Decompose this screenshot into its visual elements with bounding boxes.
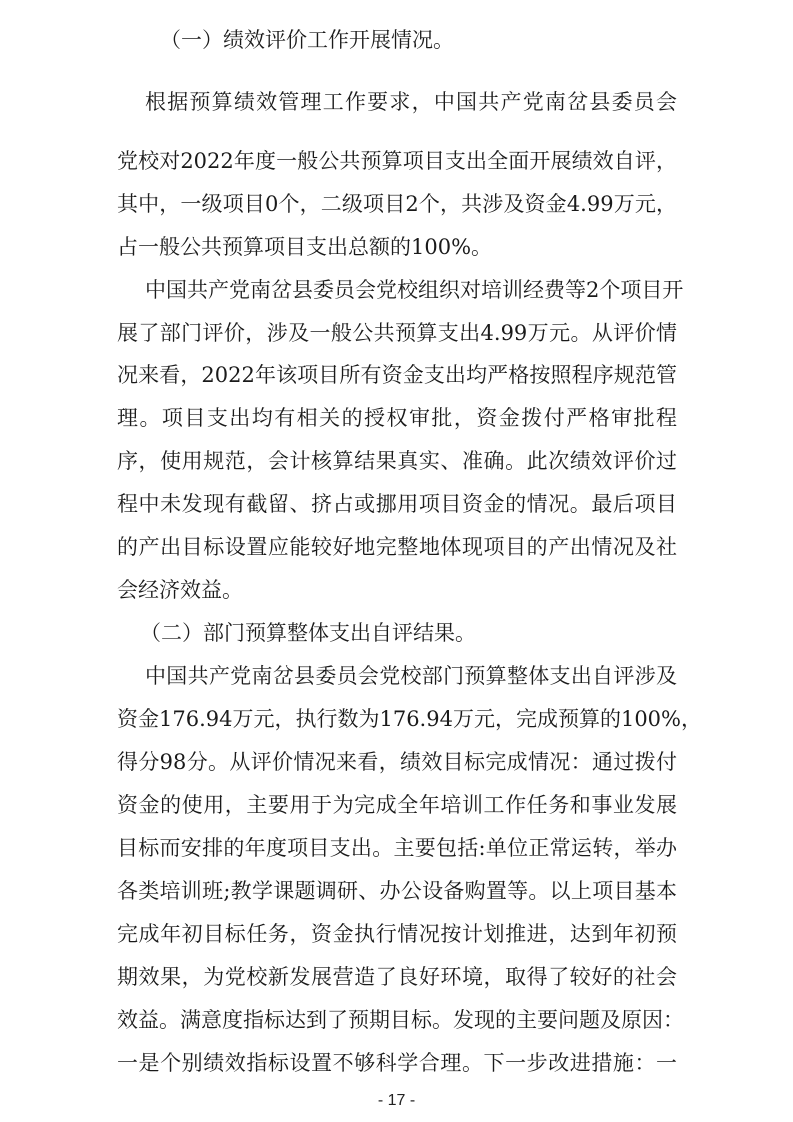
paragraph-2-line: 的产出目标设置应能较好地完整地体现项目的产出情况及社 [117, 533, 677, 561]
paragraph-3-line: 资金176.94万元，执行数为176.94万元，完成预算的100%， [117, 705, 677, 733]
paragraph-2-line: 序，使用规范，会计核算结果真实、准确。此次绩效评价过 [117, 447, 677, 475]
paragraph-2-line: 中国共产党南岔县委员会党校组织对培训经费等2个项目开 [145, 276, 677, 304]
paragraph-1-line: 占一般公共预算项目支出总额的100%。 [117, 233, 677, 261]
paragraph-2-line: 理。项目支出均有相关的授权审批，资金拨付严格审批程 [117, 404, 677, 432]
paragraph-2-line: 况来看，2022年该项目所有资金支出均严格按照程序规范管 [117, 361, 677, 389]
paragraph-3-line: 中国共产党南岔县委员会党校部门预算整体支出自评涉及 [145, 662, 677, 690]
paragraph-1-line: 党校对2022年度一般公共预算项目支出全面开展绩效自评， [117, 147, 677, 175]
paragraph-3-line: 得分98分。从评价情况来看，绩效目标完成情况：通过拨付 [117, 748, 677, 776]
paragraph-2-line: 展了部门评价，涉及一般公共预算支出4.99万元。从评价情 [117, 319, 677, 347]
paragraph-3-line: 目标而安排的年度项目支出。主要包括:单位正常运转，举办 [117, 834, 677, 862]
paragraph-3-line: 资金的使用，主要用于为完成全年培训工作任务和事业发展 [117, 791, 677, 819]
paragraph-3-line: 期效果，为党校新发展营造了良好环境，取得了较好的社会 [117, 963, 677, 991]
section-heading-1: （一）绩效评价工作开展情况。 [160, 26, 454, 54]
paragraph-3-line: 一是个别绩效指标设置不够科学合理。下一步改进措施：一 [117, 1049, 677, 1077]
paragraph-2-line: 程中未发现有截留、挤占或挪用项目资金的情况。最后项目 [117, 490, 677, 518]
document-page: （一）绩效评价工作开展情况。 根据预算绩效管理工作要求，中国共产党南岔县委员会 … [0, 0, 793, 1122]
page-number: - 17 - [0, 1092, 793, 1110]
section-heading-2: （二）部门预算整体支出自评结果。 [140, 619, 476, 647]
paragraph-1-line: 其中，一级项目0个，二级项目2个，共涉及资金4.99万元， [117, 190, 677, 218]
paragraph-1-line: 根据预算绩效管理工作要求，中国共产党南岔县委员会 [145, 88, 677, 116]
paragraph-3-line: 各类培训班;教学课题调研、办公设备购置等。以上项目基本 [117, 877, 677, 905]
paragraph-3-line: 完成年初目标任务，资金执行情况按计划推进，达到年初预 [117, 920, 677, 948]
paragraph-3-line: 效益。满意度指标达到了预期目标。发现的主要问题及原因： [117, 1006, 677, 1034]
paragraph-2-line: 会经济效益。 [117, 576, 677, 604]
